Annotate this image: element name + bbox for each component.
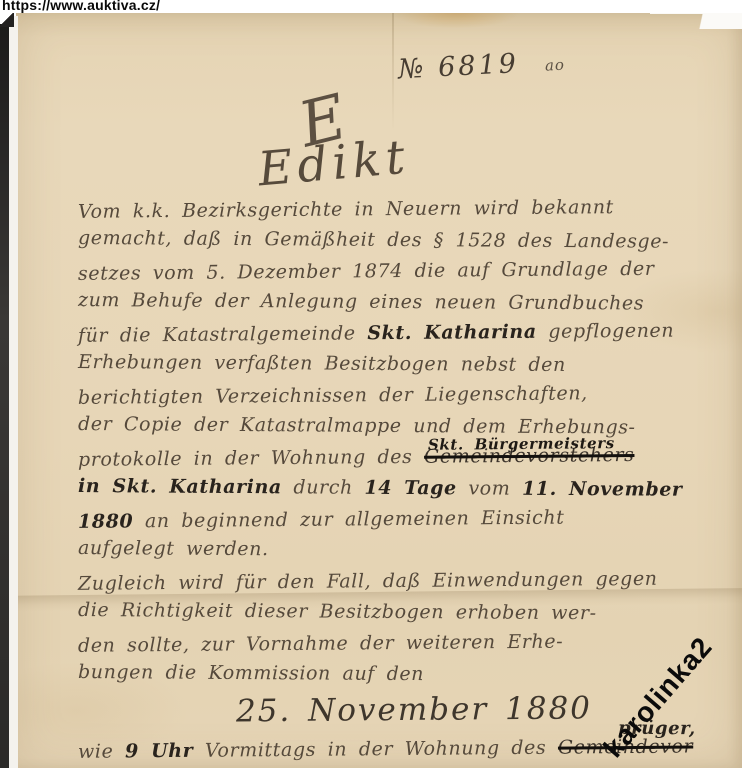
text-segment-bold: 11. November (522, 478, 683, 501)
text-segment: setzes vom 5. Dezember 1874 die auf Grun… (78, 258, 655, 285)
text-segment: für die Katastralgemeinde (78, 322, 367, 347)
text-segment: Erhebungen verfaßten Besitzbogen nebst d… (78, 351, 566, 376)
handwritten-line: Erhebungen verfaßten Besitzbogen nebst d… (78, 347, 724, 382)
handwritten-line: setzes vom 5. Dezember 1874 die auf Grun… (78, 253, 724, 290)
paper-crease-vertical (392, 11, 394, 131)
handwritten-body: Vom k.k. Bezirksgerichte in Neuern wird … (78, 194, 724, 768)
document-number-suffix: ao (544, 56, 565, 75)
handwritten-line: den sollte, zur Vornahme der weiteren Er… (78, 625, 724, 662)
handwritten-line: 1880 an beginnend zur allgemeinen Einsic… (78, 501, 724, 538)
url-watermark-text: https://www.auktiva.cz/ (2, 0, 160, 13)
text-segment: gemacht, daß in Gemäßheit des § 1528 des… (78, 227, 669, 253)
text-segment-bold: 14 Tage (364, 477, 456, 500)
scan-edge-dark (0, 24, 9, 768)
text-segment-bold: Skt. Katharina (367, 321, 537, 344)
scan-edge-dark-top (0, 13, 14, 27)
text-segment: durch (282, 476, 365, 499)
handwritten-line: Zugleich wird für den Fall, daß Einwendu… (78, 563, 724, 600)
text-segment: Vom k.k. Bezirksgerichte in Neuern wird … (78, 196, 614, 223)
handwritten-line: Vom k.k. Bezirksgerichte in Neuern wird … (78, 191, 724, 228)
text-segment: zum Behufe der Anlegung eines neuen Grun… (78, 289, 644, 314)
paper-corner-bend (650, 11, 742, 29)
text-segment: berichtigten Verzeichnissen der Liegensc… (78, 382, 588, 408)
handwritten-line: in Skt. Katharina durch 14 Tage vom 11. … (78, 471, 724, 506)
text-segment-bold: in Skt. Katharina (78, 475, 282, 498)
text-segment: bungen die Kommission auf den (78, 661, 424, 685)
handwritten-line: für die Katastralgemeinde Skt. Katharina… (78, 315, 724, 352)
text-segment: die Richtigkeit dieser Besitzbogen erhob… (78, 599, 597, 624)
url-watermark-strip: https://www.auktiva.cz/ (0, 0, 742, 13)
handwritten-line: gemacht, daß in Gemäßheit des § 1528 des… (78, 223, 724, 258)
handwritten-line: zum Behufe der Anlegung eines neuen Grun… (78, 285, 724, 320)
text-segment: Zugleich wird für den Fall, daß Einwendu… (78, 568, 658, 595)
handwritten-line: aufgelegt werden. (78, 533, 724, 568)
screenshot-root: https://www.auktiva.cz/ № 6819ao E Edikt… (0, 0, 742, 768)
text-segment-bold: 9 Uhr (125, 740, 193, 763)
text-segment-date: 25. November 1880 (236, 690, 592, 729)
text-segment-bold: 1880 (78, 510, 133, 532)
handwritten-line: protokolle in der Wohnung des Skt. Bürge… (78, 439, 724, 476)
handwritten-line: bungen die Kommission auf den (78, 657, 724, 692)
text-segment: an beginnend zur allgemeinen Einsicht (133, 507, 564, 533)
handwritten-line: der Copie der Katastralmappe und dem Erh… (78, 409, 724, 444)
handwritten-line: die Richtigkeit dieser Besitzbogen erhob… (78, 595, 724, 630)
text-segment: Vormittags in der Wohnung des (193, 737, 558, 762)
text-segment: protokolle in der Wohnung des (78, 446, 424, 471)
scan-edge-white (9, 16, 18, 768)
text-segment: vom (457, 477, 522, 499)
handwritten-line: berichtigten Verzeichnissen der Liegensc… (78, 377, 724, 414)
text-segment: aufgelegt werden. (78, 537, 269, 560)
text-segment: den sollte, zur Vornahme der weiteren Er… (78, 631, 563, 657)
text-segment: wie (78, 740, 125, 762)
text-segment: gepflogenen (537, 320, 675, 343)
document-number-value: № 6819 (397, 48, 519, 85)
